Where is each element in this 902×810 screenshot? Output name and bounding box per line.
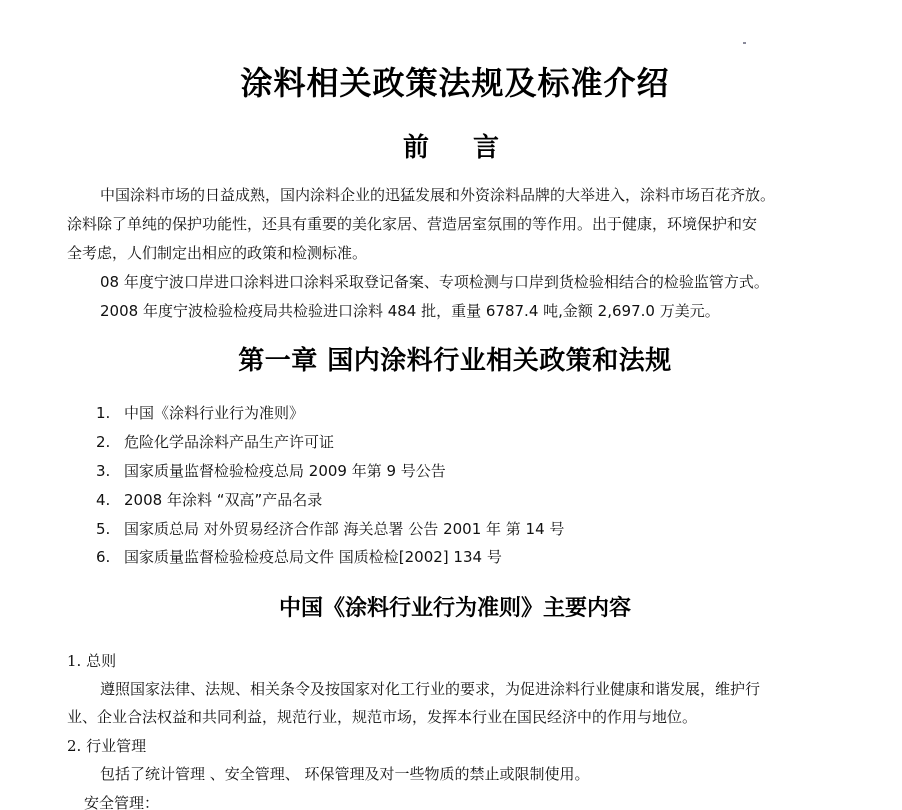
- list-number: 3.: [96, 461, 124, 481]
- regulation-list-item: 6.国家质量监督检验检疫总局文件 国质检检[2002] 134 号: [96, 547, 502, 567]
- preface-paragraph-3: 2008 年度宁波检验检疫局共检验进口涂料 484 批，重量 6787.4 吨,…: [100, 301, 720, 321]
- list-number: 1.: [96, 403, 124, 423]
- list-text: 国家质量监督检验检疫总局文件 国质检检[2002] 134 号: [124, 548, 502, 566]
- page-corner-mark: [743, 42, 746, 44]
- regulation-list-item: 4.2008 年涂料 “双高”产品名录: [96, 490, 322, 510]
- preface-title-right: 言: [473, 133, 499, 163]
- preface-paragraph-1-line-3: 全考虑，人们制定出相应的政策和检测标准。: [67, 243, 367, 263]
- code-of-conduct-section-title: 中国《涂料行业行为准则》主要内容: [0, 591, 902, 622]
- chapter-1-title: 第一章 国内涂料行业相关政策和法规: [0, 340, 902, 377]
- list-number: 5.: [96, 519, 124, 539]
- document-page: 涂料相关政策法规及标准介绍 前言 中国涂料市场的日益成熟，国内涂料企业的迅猛发展…: [0, 0, 902, 810]
- safety-management-subheading: 安全管理：: [84, 793, 159, 810]
- preface-paragraph-2: 08 年度宁波口岸进口涂料进口涂料采取登记备案、专项检测与口岸到货检验相结合的检…: [100, 272, 769, 292]
- list-text: 危险化学品涂料产品生产许可证: [124, 433, 334, 451]
- regulation-list-item: 1.中国《涂料行业行为准则》: [96, 403, 304, 423]
- regulation-list-item: 5.国家质总局 对外贸易经济合作部 海关总署 公告 2001 年 第 14 号: [96, 519, 564, 539]
- list-number: 2.: [96, 432, 124, 452]
- regulation-list-item: 2.危险化学品涂料产品生产许可证: [96, 432, 334, 452]
- preface-title: 前言: [0, 127, 902, 164]
- general-principles-line-2: 业、企业合法权益和共同利益，规范行业，规范市场，发挥本行业在国民经济中的作用与地…: [67, 707, 697, 727]
- list-text: 国家质量监督检验检疫总局 2009 年第 9 号公告: [124, 462, 446, 480]
- general-principles-line-1: 遵照国家法律、法规、相关条令及按国家对化工行业的要求，为促进涂料行业健康和谐发展…: [100, 679, 760, 699]
- preface-paragraph-1-line-2: 涂料除了单纯的保护功能性，还具有重要的美化家居、营造居室氛围的等作用。出于健康，…: [67, 214, 757, 234]
- preface-title-left: 前: [403, 133, 429, 163]
- industry-management-heading: 2. 行业管理: [67, 736, 146, 756]
- list-text: 国家质总局 对外贸易经济合作部 海关总署 公告 2001 年 第 14 号: [124, 520, 564, 538]
- list-number: 4.: [96, 490, 124, 510]
- regulation-list-item: 3.国家质量监督检验检疫总局 2009 年第 9 号公告: [96, 461, 446, 481]
- list-text: 中国《涂料行业行为准则》: [124, 404, 304, 422]
- list-number: 6.: [96, 547, 124, 567]
- preface-paragraph-1-line-1: 中国涂料市场的日益成熟，国内涂料企业的迅猛发展和外资涂料品牌的大举进入，涂料市场…: [100, 185, 775, 205]
- list-text: 2008 年涂料 “双高”产品名录: [124, 491, 322, 509]
- industry-management-line-1: 包括了统计管理 、安全管理、 环保管理及对一些物质的禁止或限制使用。: [100, 764, 590, 784]
- general-principles-heading: 1. 总则: [67, 651, 116, 671]
- document-title: 涂料相关政策法规及标准介绍: [0, 58, 902, 104]
